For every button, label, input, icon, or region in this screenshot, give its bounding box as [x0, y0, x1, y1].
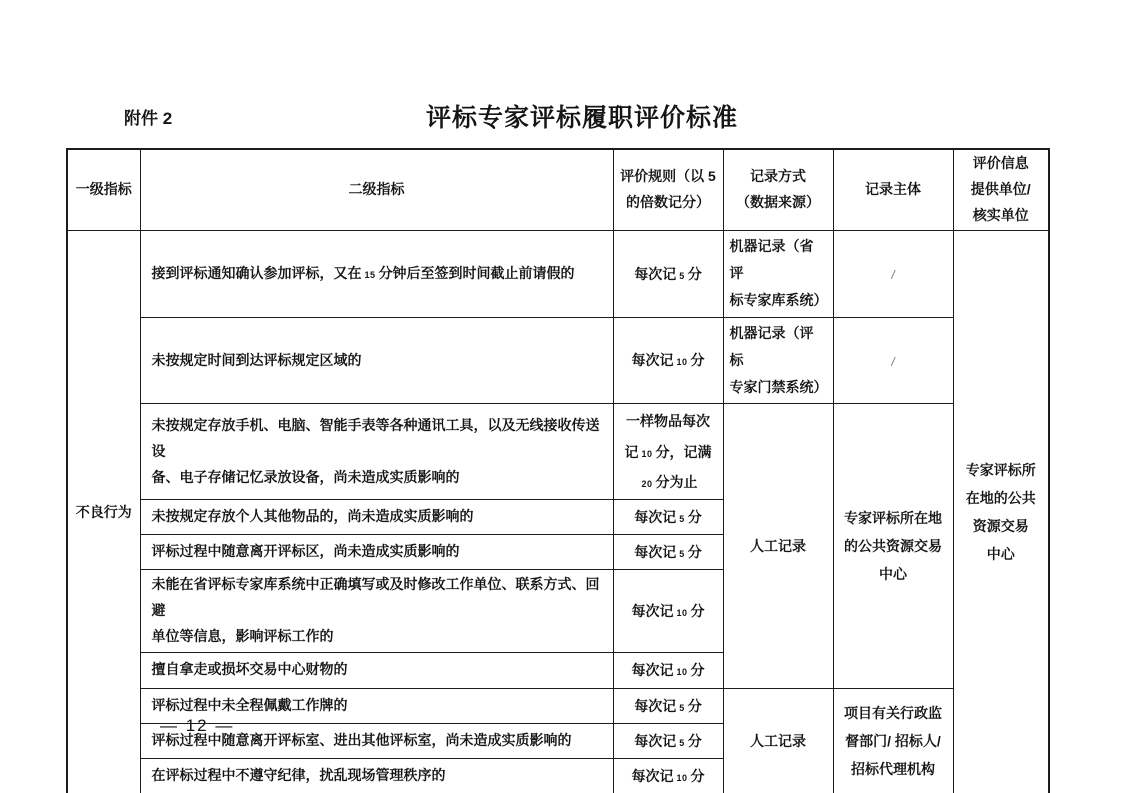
header-record-subject: 记录主体: [833, 149, 953, 230]
page-number: — 12 —: [160, 716, 234, 736]
page-title: 评标专家评标履职评价标准: [21, 98, 1122, 134]
rule-cell: 每次记10分: [613, 652, 723, 688]
table-row: 未按规定存放手机、电脑、智能手表等各种通讯工具，以及无线接收传送设 备、电子存储…: [67, 404, 1049, 499]
rule-cell: 每次记5分: [613, 688, 723, 723]
header-evaluation-rule: 评价规则（以 5 的倍数记分）: [613, 149, 723, 230]
indicator-cell: 未按规定存放手机、电脑、智能手表等各种通讯工具，以及无线接收传送设 备、电子存储…: [140, 404, 613, 499]
record-subject-cell: /: [833, 230, 953, 317]
info-unit-cell: 专家评标所 在地的公共 资源交易 中心: [953, 230, 1049, 793]
indicator-cell: 未按规定时间到达评标规定区域的: [140, 317, 613, 404]
evaluation-table: 一级指标 二级指标 评价规则（以 5 的倍数记分） 记录方式 （数据来源） 记录…: [66, 148, 1050, 793]
rule-cell: 每次记10分: [613, 317, 723, 404]
level1-indicator-cell: 不良行为: [67, 230, 140, 793]
record-method-cell-manual: 人工记录: [723, 688, 833, 793]
rule-cell: 每次记5分: [613, 723, 723, 758]
rule-cell: 每次记5分: [613, 534, 723, 569]
record-method-cell-manual: 人工记录: [723, 404, 833, 688]
record-subject-cell-group2: 项目有关行政监 督部门/ 招标人/ 招标代理机构: [833, 688, 953, 793]
header-record-method: 记录方式 （数据来源）: [723, 149, 833, 230]
table-row: 不良行为 接到评标通知确认参加评标，又在15分钟后至签到时间截止前请假的 每次记…: [67, 230, 1049, 317]
document-page: 附件 2 评标专家评标履职评价标准 一级指标 二级指标 评价规则（以 5 的倍数…: [0, 0, 1122, 793]
rule-cell: 每次记10分: [613, 758, 723, 793]
indicator-cell: 擅自拿走或损坏交易中心财物的: [140, 652, 613, 688]
indicator-cell: 接到评标通知确认参加评标，又在15分钟后至签到时间截止前请假的: [140, 230, 613, 317]
indicator-cell: 未能在省评标专家库系统中正确填写或及时修改工作单位、联系方式、回避 单位等信息，…: [140, 569, 613, 652]
header-level2-indicator: 二级指标: [140, 149, 613, 230]
header-row: 一级指标 二级指标 评价规则（以 5 的倍数记分） 记录方式 （数据来源） 记录…: [67, 149, 1049, 230]
evaluation-table-wrapper: 一级指标 二级指标 评价规则（以 5 的倍数记分） 记录方式 （数据来源） 记录…: [66, 148, 1050, 793]
record-method-cell: 机器记录（省评 标专家库系统）: [723, 230, 833, 317]
rule-cell: 一样物品每次 记10分，记满 20分为止: [613, 404, 723, 499]
header-level1-indicator: 一级指标: [67, 149, 140, 230]
indicator-cell: 未按规定存放个人其他物品的，尚未造成实质影响的: [140, 499, 613, 534]
rule-cell: 每次记5分: [613, 499, 723, 534]
record-method-cell: 机器记录（评标 专家门禁系统）: [723, 317, 833, 404]
rule-cell: 每次记10分: [613, 569, 723, 652]
rule-cell: 每次记5分: [613, 230, 723, 317]
table-row: 未按规定时间到达评标规定区域的 每次记10分 机器记录（评标 专家门禁系统） /: [67, 317, 1049, 404]
header-info-unit: 评价信息 提供单位/ 核实单位: [953, 149, 1049, 230]
indicator-cell: 在评标过程中不遵守纪律，扰乱现场管理秩序的: [140, 758, 613, 793]
record-subject-cell-group1: 专家评标所在地 的公共资源交易 中心: [833, 404, 953, 688]
indicator-cell: 评标过程中随意离开评标区，尚未造成实质影响的: [140, 534, 613, 569]
record-subject-cell: /: [833, 317, 953, 404]
